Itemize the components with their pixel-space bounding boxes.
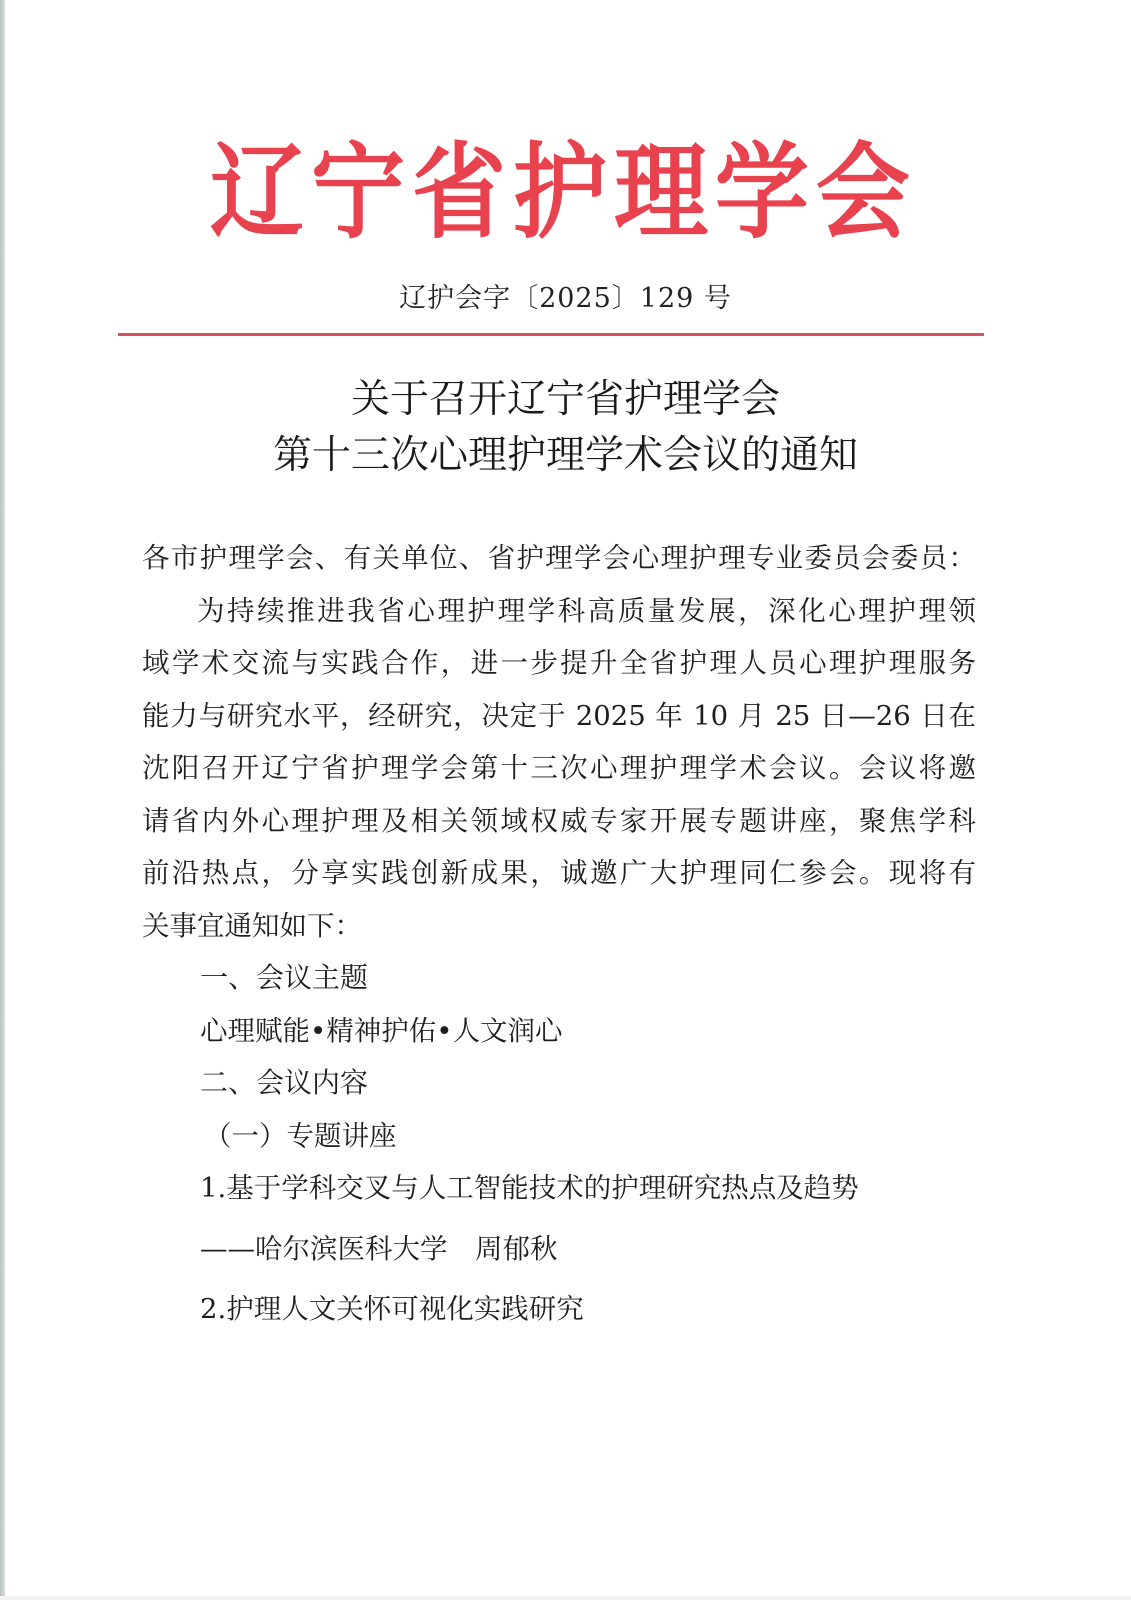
intro-line: 域学术交流与实践合作，进一步提升全省护理人员心理护理服务: [142, 637, 976, 690]
notice-body: 各市护理学会、有关单位、省护理学会心理护理专业委员会委员： 为持续推进我省心理护…: [142, 532, 976, 1336]
masthead-char: 护: [513, 141, 607, 244]
masthead-char: 辽: [210, 141, 304, 244]
notice-title: 关于召开辽宁省护理学会 第十三次心理护理学术会议的通知: [0, 372, 1131, 484]
addressee: 各市护理学会、有关单位、省护理学会心理护理专业委员会委员：: [142, 532, 976, 585]
intro-line: 关事宜通知如下：: [142, 900, 976, 953]
intro-line: 沈阳召开辽宁省护理学会第十三次心理护理学术会议。会议将邀: [142, 742, 976, 795]
masthead-char: 会: [816, 141, 910, 244]
page-scan-edge: [0, 0, 5, 1600]
masthead-char: 宁: [311, 141, 405, 244]
masthead-char: 学: [715, 141, 809, 244]
subheading-lectures: （一）专题讲座: [142, 1110, 976, 1163]
masthead-char: 省: [412, 141, 506, 244]
section-heading-theme: 一、会议主题: [142, 952, 976, 1005]
lecture-title: 1.基于学科交叉与人工智能技术的护理研究热点及趋势: [142, 1162, 976, 1215]
intro-line: 能力与研究水平，经研究，决定于 2025 年 10 月 25 日—26 日在: [142, 690, 976, 743]
lecture-title: 2.护理人文关怀可视化实践研究: [142, 1283, 976, 1336]
document-number: 辽护会字〔2025〕129 号: [0, 276, 1131, 315]
title-line-2: 第十三次心理护理学术会议的通知: [0, 428, 1131, 484]
org-masthead: 辽 宁 省 护 理 学 会: [210, 128, 910, 258]
intro-line: 请省内外心理护理及相关领域权威专家开展专题讲座，聚焦学科: [142, 795, 976, 848]
section-heading-content: 二、会议内容: [142, 1057, 976, 1110]
lecture-speaker: ——哈尔滨医科大学 周郁秋: [142, 1223, 976, 1276]
red-divider-line: [118, 333, 984, 336]
intro-line: 为持续推进我省心理护理学科高质量发展，深化心理护理领: [142, 585, 976, 638]
intro-line: 前沿热点，分享实践创新成果，诚邀广大护理同仁参会。现将有: [142, 847, 976, 900]
title-line-1: 关于召开辽宁省护理学会: [0, 372, 1131, 428]
meeting-theme: 心理赋能•精神护佑•人文润心: [142, 1005, 976, 1058]
page-bottom-edge: [0, 1596, 1131, 1600]
masthead-char: 理: [614, 141, 708, 244]
